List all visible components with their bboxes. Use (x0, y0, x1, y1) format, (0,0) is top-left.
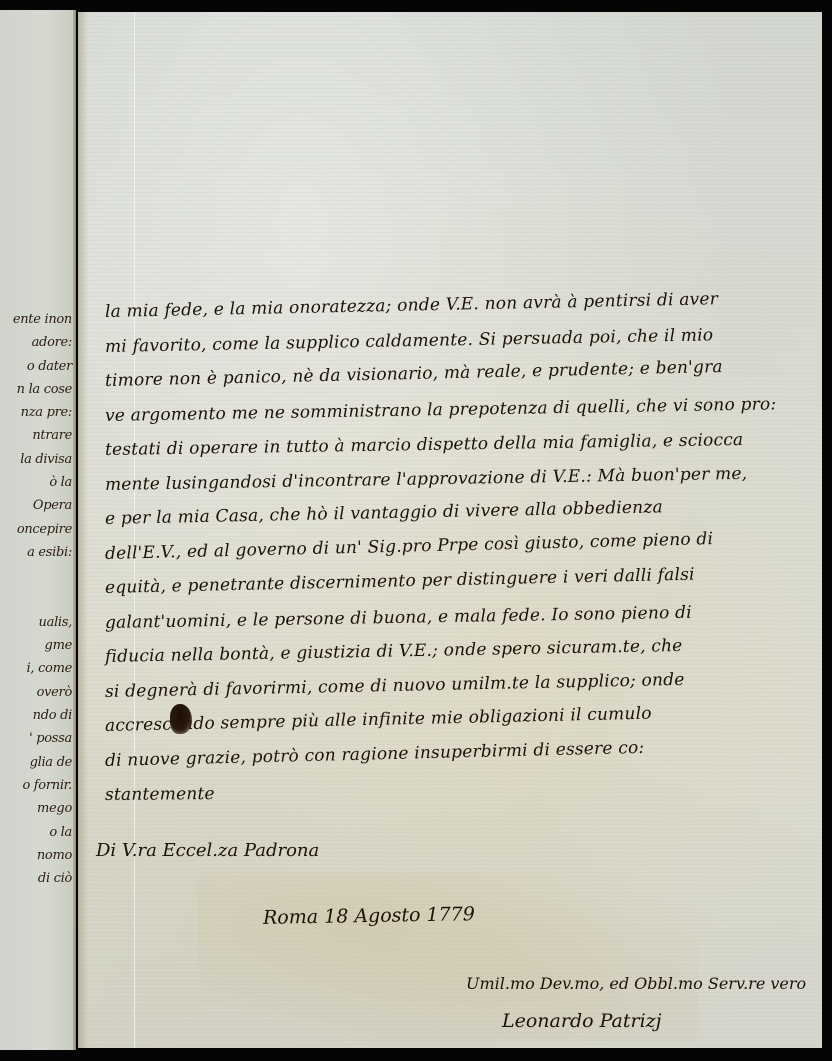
adjacent-line (0, 588, 72, 611)
adjacent-line: o la (0, 821, 72, 844)
adjacent-line: ndo di (0, 704, 72, 727)
adjacent-line: o fornir. (0, 774, 72, 797)
adjacent-line: ' possa (0, 727, 72, 750)
signature: Leonardo Patrizj (502, 1010, 662, 1032)
adjacent-line: mego (0, 797, 72, 820)
adjacent-line: n la cose (0, 378, 72, 401)
adjacent-line: overò (0, 681, 72, 704)
adjacent-line: oncepire (0, 518, 72, 541)
adjacent-line: adore: (0, 331, 72, 354)
adjacent-line: nza pre: (0, 401, 72, 424)
ink-blot (170, 704, 192, 734)
adjacent-line: o dater (0, 355, 72, 378)
letter-line: stantemente (105, 772, 805, 813)
page-edge-shadow (78, 12, 88, 1048)
letter-body: la mia fede, e la mia onoratezza; onde V… (105, 295, 805, 813)
scan-frame: ente inon adore: o dater n la cose nza p… (0, 0, 832, 1061)
adjacent-line: ente inon (0, 308, 72, 331)
adjacent-line: nomo (0, 844, 72, 867)
adjacent-line: i, come (0, 657, 72, 680)
adjacent-page-fragment: ente inon adore: o dater n la cose nza p… (0, 10, 76, 1050)
adjacent-line: la divisa (0, 448, 72, 471)
adjacent-page-text: ente inon adore: o dater n la cose nza p… (0, 308, 72, 890)
adjacent-line: ntrare (0, 424, 72, 447)
adjacent-line: di ciò (0, 867, 72, 890)
closing-formula: Umil.mo Dev.mo, ed Obbl.mo Serv.re vero (466, 974, 806, 993)
adjacent-line: glia de (0, 751, 72, 774)
salutation: Di V.ra Eccel.za Padrona (96, 840, 319, 861)
page-fold (73, 10, 76, 1050)
adjacent-line (0, 564, 72, 587)
adjacent-line: ò la (0, 471, 72, 494)
adjacent-line: ualis, (0, 611, 72, 634)
place-and-date: Roma 18 Agosto 1779 (263, 903, 475, 929)
adjacent-line: Opera (0, 494, 72, 517)
letter-page: la mia fede, e la mia onoratezza; onde V… (78, 12, 822, 1048)
adjacent-line: a esibi: (0, 541, 72, 564)
adjacent-line: gme (0, 634, 72, 657)
